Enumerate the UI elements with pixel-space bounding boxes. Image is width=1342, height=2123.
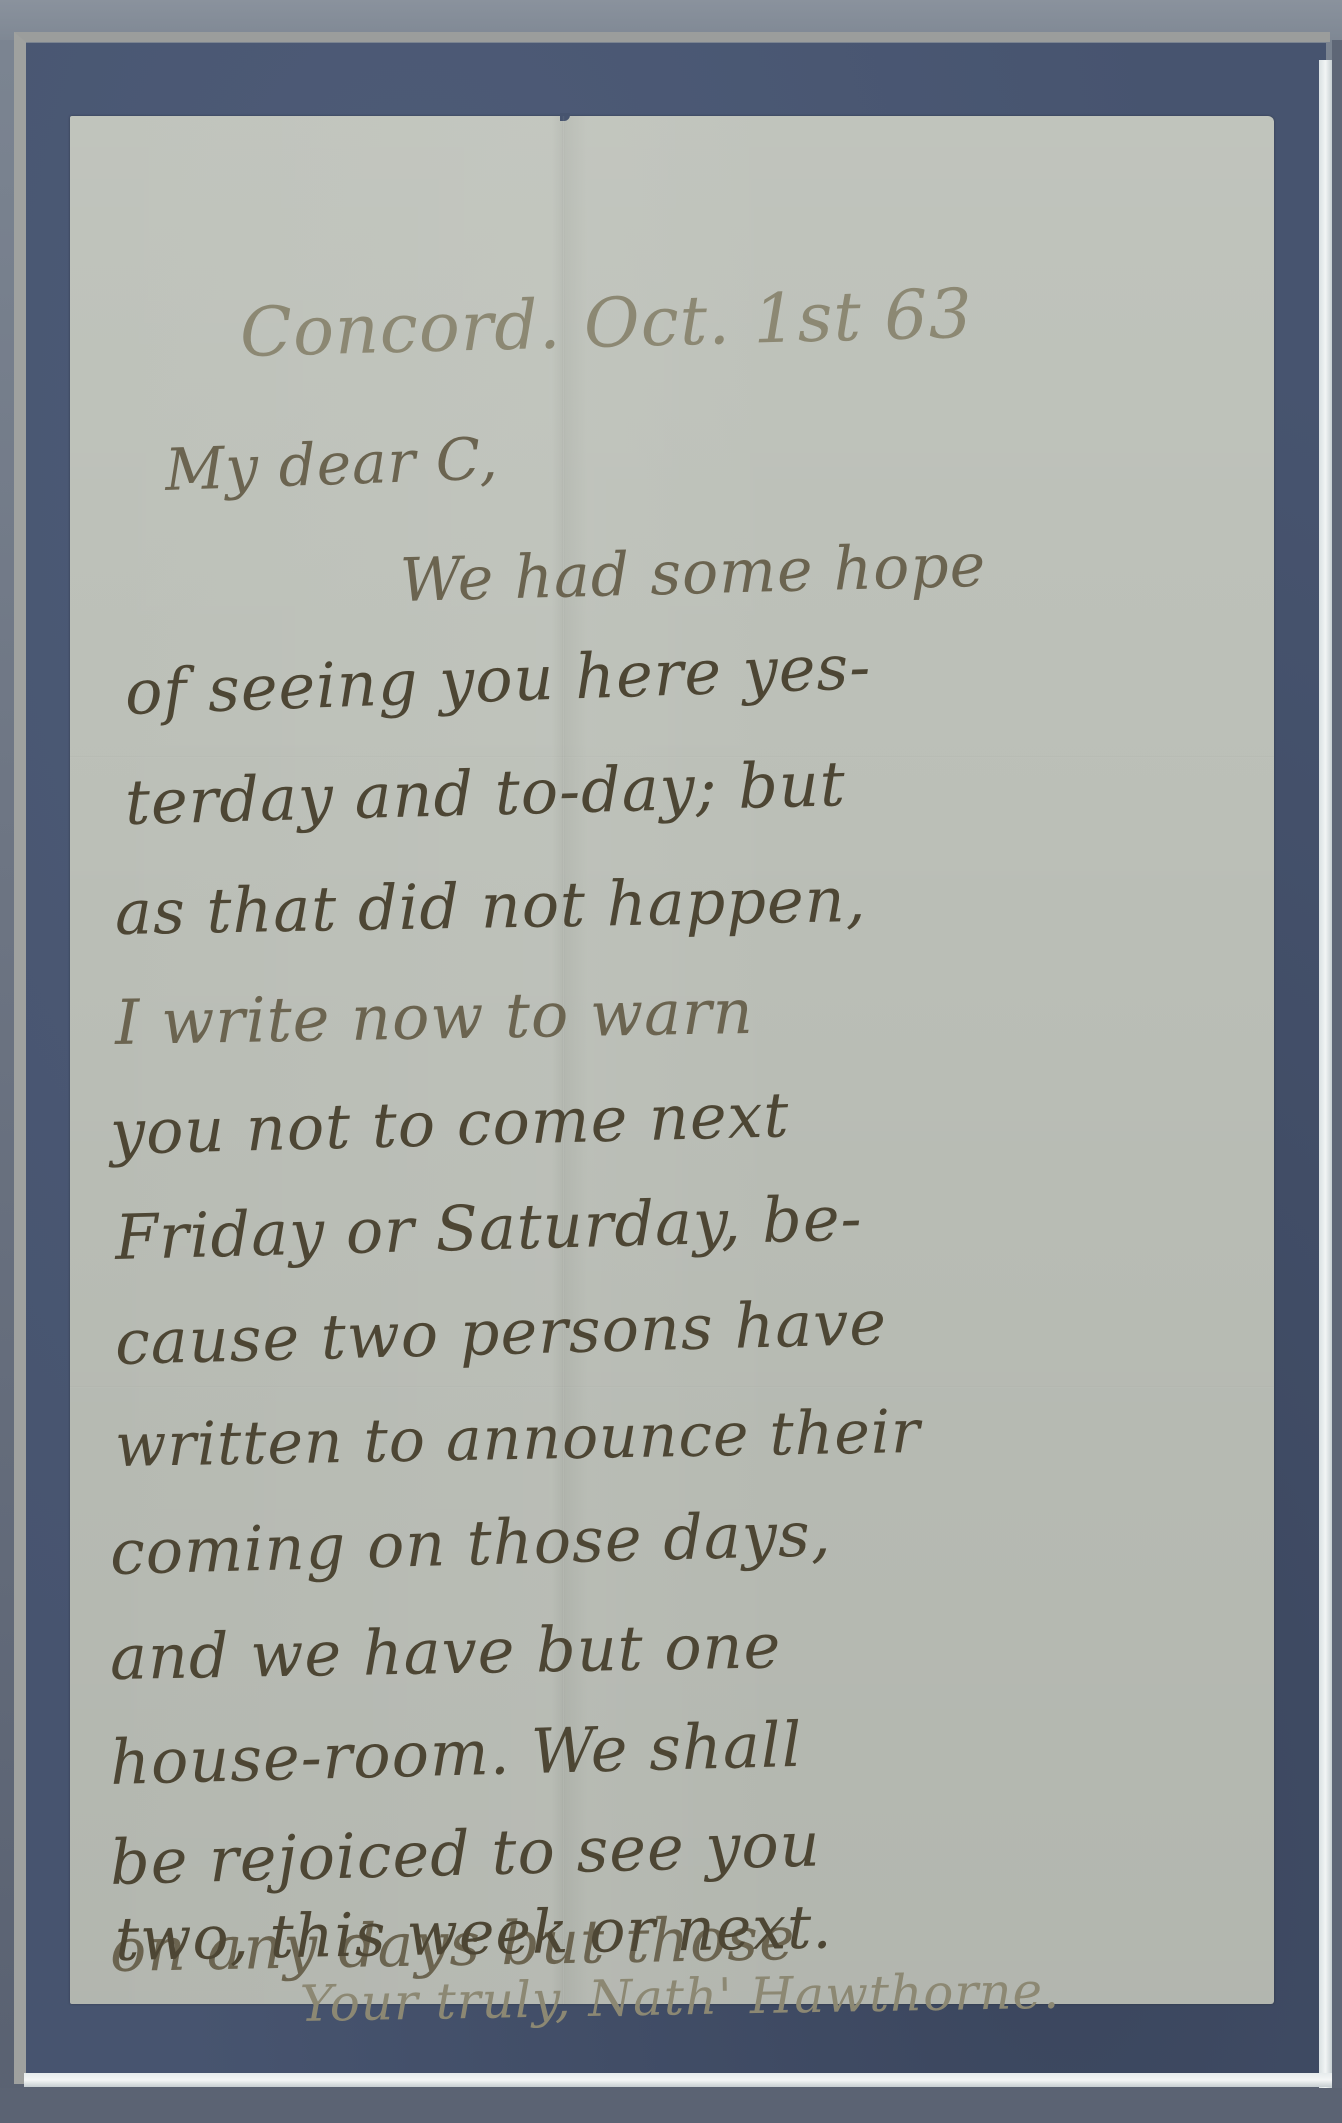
mat-bevel-right — [1319, 60, 1332, 2088]
letter-paper: Concord. Oct. 1st 63 My dear C, We had s… — [70, 116, 1274, 2004]
body-line: house-room. We shall — [109, 1708, 803, 1799]
body-line: cause two persons have — [114, 1286, 888, 1379]
body-line: be rejoiced to see you — [109, 1807, 821, 1899]
frame-outer-right — [1332, 40, 1342, 2123]
mat-bevel-bottom — [24, 2073, 1332, 2087]
body-line: terday and to-day; but — [124, 747, 847, 839]
letter-salutation: My dear C, — [164, 424, 500, 504]
body-line: you not to come next — [109, 1078, 790, 1169]
body-line: coming on those days, — [109, 1497, 832, 1589]
body-line: written to announce their — [114, 1397, 921, 1481]
body-line: as that did not happen, — [114, 863, 866, 949]
letter-dateline: Concord. Oct. 1st 63 — [239, 275, 974, 373]
frame-outer-bottom — [0, 2088, 1342, 2123]
body-line: We had some hope — [399, 531, 987, 616]
body-line: of seeing you here yes- — [124, 630, 873, 729]
body-line: two, this week or next. — [114, 1892, 833, 1975]
paper-fold-horizontal — [70, 1386, 1274, 1388]
body-line: and we have but one — [109, 1609, 781, 1694]
framed-letter-photo: Concord. Oct. 1st 63 My dear C, We had s… — [0, 0, 1342, 2123]
body-line: I write now to warn — [114, 975, 754, 1059]
body-line: Friday or Saturday, be- — [114, 1181, 863, 1274]
